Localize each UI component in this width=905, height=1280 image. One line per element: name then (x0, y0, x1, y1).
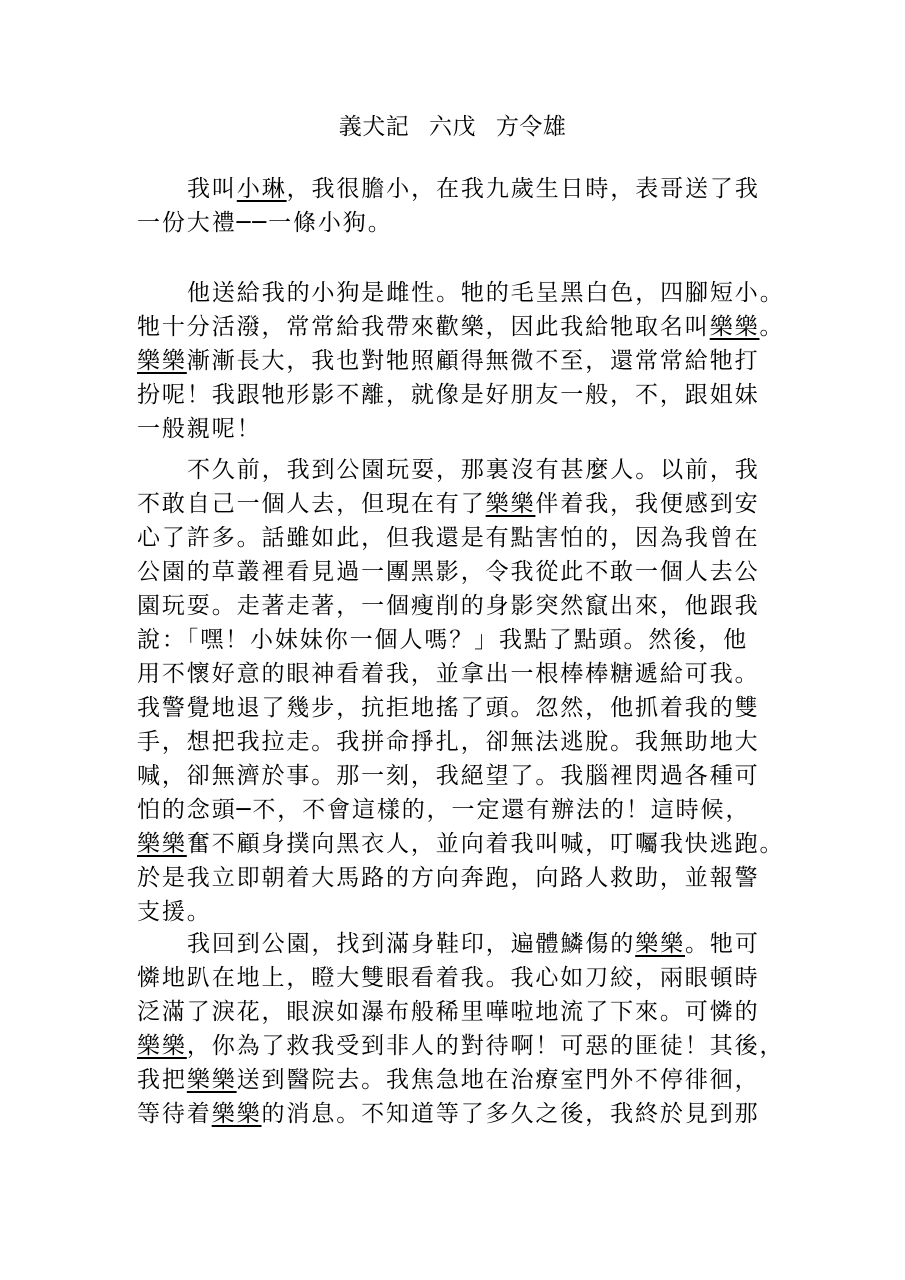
text-segment: 送到醫院去。我焦急地在治療室門外不停徘徊， (237, 1067, 760, 1093)
text-line: 支援。 (137, 895, 837, 929)
underlined-name: 樂樂 (137, 1033, 187, 1059)
text-segment: 手，想把我拉走。我拼命掙扎，卻無法逃脫。我無助地大 (137, 729, 760, 755)
text-line: 怕的念頭─不，不會這樣的，一定還有辦法的！這時候， (137, 793, 837, 827)
text-segment: ，我很膽小，在我九歲生日時，表哥送了我 (287, 176, 760, 202)
text-segment: 牠十分活潑，常常給我帶來歡樂，因此我給牠取名叫 (137, 314, 710, 340)
text-segment: 公園的草叢裡看見過一團黑影，令我從此不敢一個人去公 (137, 559, 760, 585)
text-line: 於是我立即朝着大馬路的方向奔跑，向路人救助，並報警 (137, 861, 837, 895)
text-segment: 一份大禮──一條小狗。 (137, 210, 393, 236)
underlined-name: 樂樂 (486, 491, 536, 517)
text-segment: 等待着 (137, 1101, 212, 1127)
paragraph: 我叫小琳，我很膽小，在我九歲生日時，表哥送了我一份大禮──一條小狗。 (137, 172, 837, 240)
text-line: 一般親呢！ (137, 412, 837, 446)
paragraph: 不久前，我到公園玩耍，那裏沒有甚麼人。以前，我不敢自己一個人去，但現在有了樂樂伴… (137, 453, 837, 929)
text-segment: 園玩耍。走著走著，一個瘦削的身影突然竄出來，他跟我 (137, 593, 760, 619)
text-line: 憐地趴在地上，瞪大雙眼看着我。我心如刀絞，兩眼頓時 (137, 961, 837, 995)
text-segment: 我回到公園，找到滿身鞋印，遍體鱗傷的 (187, 931, 635, 957)
text-segment: 奮不顧身撲向黑衣人，並向着我叫喊，叮囑我快逃跑。 (187, 831, 785, 857)
underlined-name: 樂樂 (635, 931, 685, 957)
text-segment: 一般親呢！ (137, 416, 262, 442)
text-segment: 扮呢！我跟牠形影不離，就像是好朋友一般，不，跟姐妹 (137, 382, 760, 408)
text-line: 樂樂奮不顧身撲向黑衣人，並向着我叫喊，叮囑我快逃跑。 (137, 827, 837, 861)
underlined-name: 樂樂 (137, 348, 187, 374)
underlined-name: 樂樂 (212, 1101, 262, 1127)
text-segment: 怕的念頭─不，不會這樣的，一定還有辦法的！這時候， (137, 797, 750, 823)
text-segment: 心了許多。話雖如此，但我還是有點害怕的，因為我曾在 (137, 525, 760, 551)
underlined-name: 樂樂 (187, 1067, 237, 1093)
text-line: 我回到公園，找到滿身鞋印，遍體鱗傷的樂樂。牠可 (137, 927, 837, 961)
underlined-name: 小琳 (237, 176, 287, 202)
text-line: 園玩耍。走著走著，一個瘦削的身影突然竄出來，他跟我 (137, 589, 837, 623)
text-segment: 支援。 (137, 899, 212, 925)
text-line: 公園的草叢裡看見過一團黑影，令我從此不敢一個人去公 (137, 555, 837, 589)
text-segment: 漸漸長大，我也對牠照顧得無微不至，還常常給牠打 (187, 348, 760, 374)
text-line: 不久前，我到公園玩耍，那裏沒有甚麼人。以前，我 (137, 453, 837, 487)
text-segment: 憐地趴在地上，瞪大雙眼看着我。我心如刀絞，兩眼頓時 (137, 965, 760, 991)
text-line: 說：「嘿！小妹妹你一個人嗎？」我點了點頭。然後，他 (137, 623, 837, 657)
text-line: 樂樂漸漸長大，我也對牠照顧得無微不至，還常常給牠打 (137, 344, 837, 378)
text-segment: 不久前，我到公園玩耍，那裏沒有甚麼人。以前，我 (187, 457, 760, 483)
text-segment: ，你為了救我受到非人的對待啊！可惡的匪徒！其後， (187, 1033, 785, 1059)
text-segment: 說：「嘿！小妹妹你一個人嗎？」我點了點頭。然後，他 (137, 627, 748, 653)
title-class: 六戊 (429, 114, 476, 140)
text-line: 我把樂樂送到醫院去。我焦急地在治療室門外不停徘徊， (137, 1063, 837, 1097)
text-line: 一份大禮──一條小狗。 (137, 206, 837, 240)
text-segment: 他送給我的小狗是雌性。牠的毛呈黑白色，四腳短小。 (187, 280, 785, 306)
text-line: 心了許多。話雖如此，但我還是有點害怕的，因為我曾在 (137, 521, 837, 555)
text-line: 我叫小琳，我很膽小，在我九歲生日時，表哥送了我 (137, 172, 837, 206)
text-line: 樂樂，你為了救我受到非人的對待啊！可惡的匪徒！其後， (137, 1029, 837, 1063)
text-segment: 於是我立即朝着大馬路的方向奔跑，向路人救助，並報警 (137, 865, 760, 891)
text-line: 扮呢！我跟牠形影不離，就像是好朋友一般，不，跟姐妹 (137, 378, 837, 412)
text-segment: 伴着我，我便感到安 (535, 491, 759, 517)
text-line: 用不懷好意的眼神看着我，並拿出一根棒棒糖遞給可我。 (137, 657, 837, 691)
title-name: 義犬記 (339, 114, 410, 140)
text-line: 我警覺地退了幾步，抗拒地搖了頭。忽然，他抓着我的雙 (137, 691, 837, 725)
underlined-name: 樂樂 (710, 314, 760, 340)
text-line: 手，想把我拉走。我拼命掙扎，卻無法逃脫。我無助地大 (137, 725, 837, 759)
document-title: 義犬記 六戊 方令雄 (0, 112, 905, 142)
text-segment: 的消息。不知道等了多久之後，我終於見到那 (262, 1101, 760, 1127)
text-segment: 我把 (137, 1067, 187, 1093)
text-segment: 。 (760, 314, 785, 340)
text-segment: 。牠可 (685, 931, 760, 957)
text-line: 他送給我的小狗是雌性。牠的毛呈黑白色，四腳短小。 (137, 276, 837, 310)
text-segment: 不敢自己一個人去，但現在有了 (137, 491, 486, 517)
text-segment: 我叫 (187, 176, 237, 202)
text-line: 不敢自己一個人去，但現在有了樂樂伴着我，我便感到安 (137, 487, 837, 521)
text-segment: 我警覺地退了幾步，抗拒地搖了頭。忽然，他抓着我的雙 (137, 695, 760, 721)
document-page: 義犬記 六戊 方令雄 我叫小琳，我很膽小，在我九歲生日時，表哥送了我一份大禮──… (0, 0, 905, 1280)
underlined-name: 樂樂 (137, 831, 187, 857)
title-author: 方令雄 (496, 114, 567, 140)
text-line: 泛滿了淚花，眼淚如瀑布般稀里嘩啦地流了下來。可憐的 (137, 995, 837, 1029)
text-segment: 用不懷好意的眼神看着我，並拿出一根棒棒糖遞給可我。 (137, 661, 760, 687)
paragraph: 我回到公園，找到滿身鞋印，遍體鱗傷的樂樂。牠可憐地趴在地上，瞪大雙眼看着我。我心… (137, 927, 837, 1131)
text-line: 等待着樂樂的消息。不知道等了多久之後，我終於見到那 (137, 1097, 837, 1131)
text-line: 牠十分活潑，常常給我帶來歡樂，因此我給牠取名叫樂樂。 (137, 310, 837, 344)
text-line: 喊，卻無濟於事。那一刻，我絕望了。我腦裡閃過各種可 (137, 759, 837, 793)
paragraph: 他送給我的小狗是雌性。牠的毛呈黑白色，四腳短小。牠十分活潑，常常給我帶來歡樂，因… (137, 276, 837, 446)
text-segment: 泛滿了淚花，眼淚如瀑布般稀里嘩啦地流了下來。可憐的 (137, 999, 760, 1025)
text-segment: 喊，卻無濟於事。那一刻，我絕望了。我腦裡閃過各種可 (137, 763, 760, 789)
